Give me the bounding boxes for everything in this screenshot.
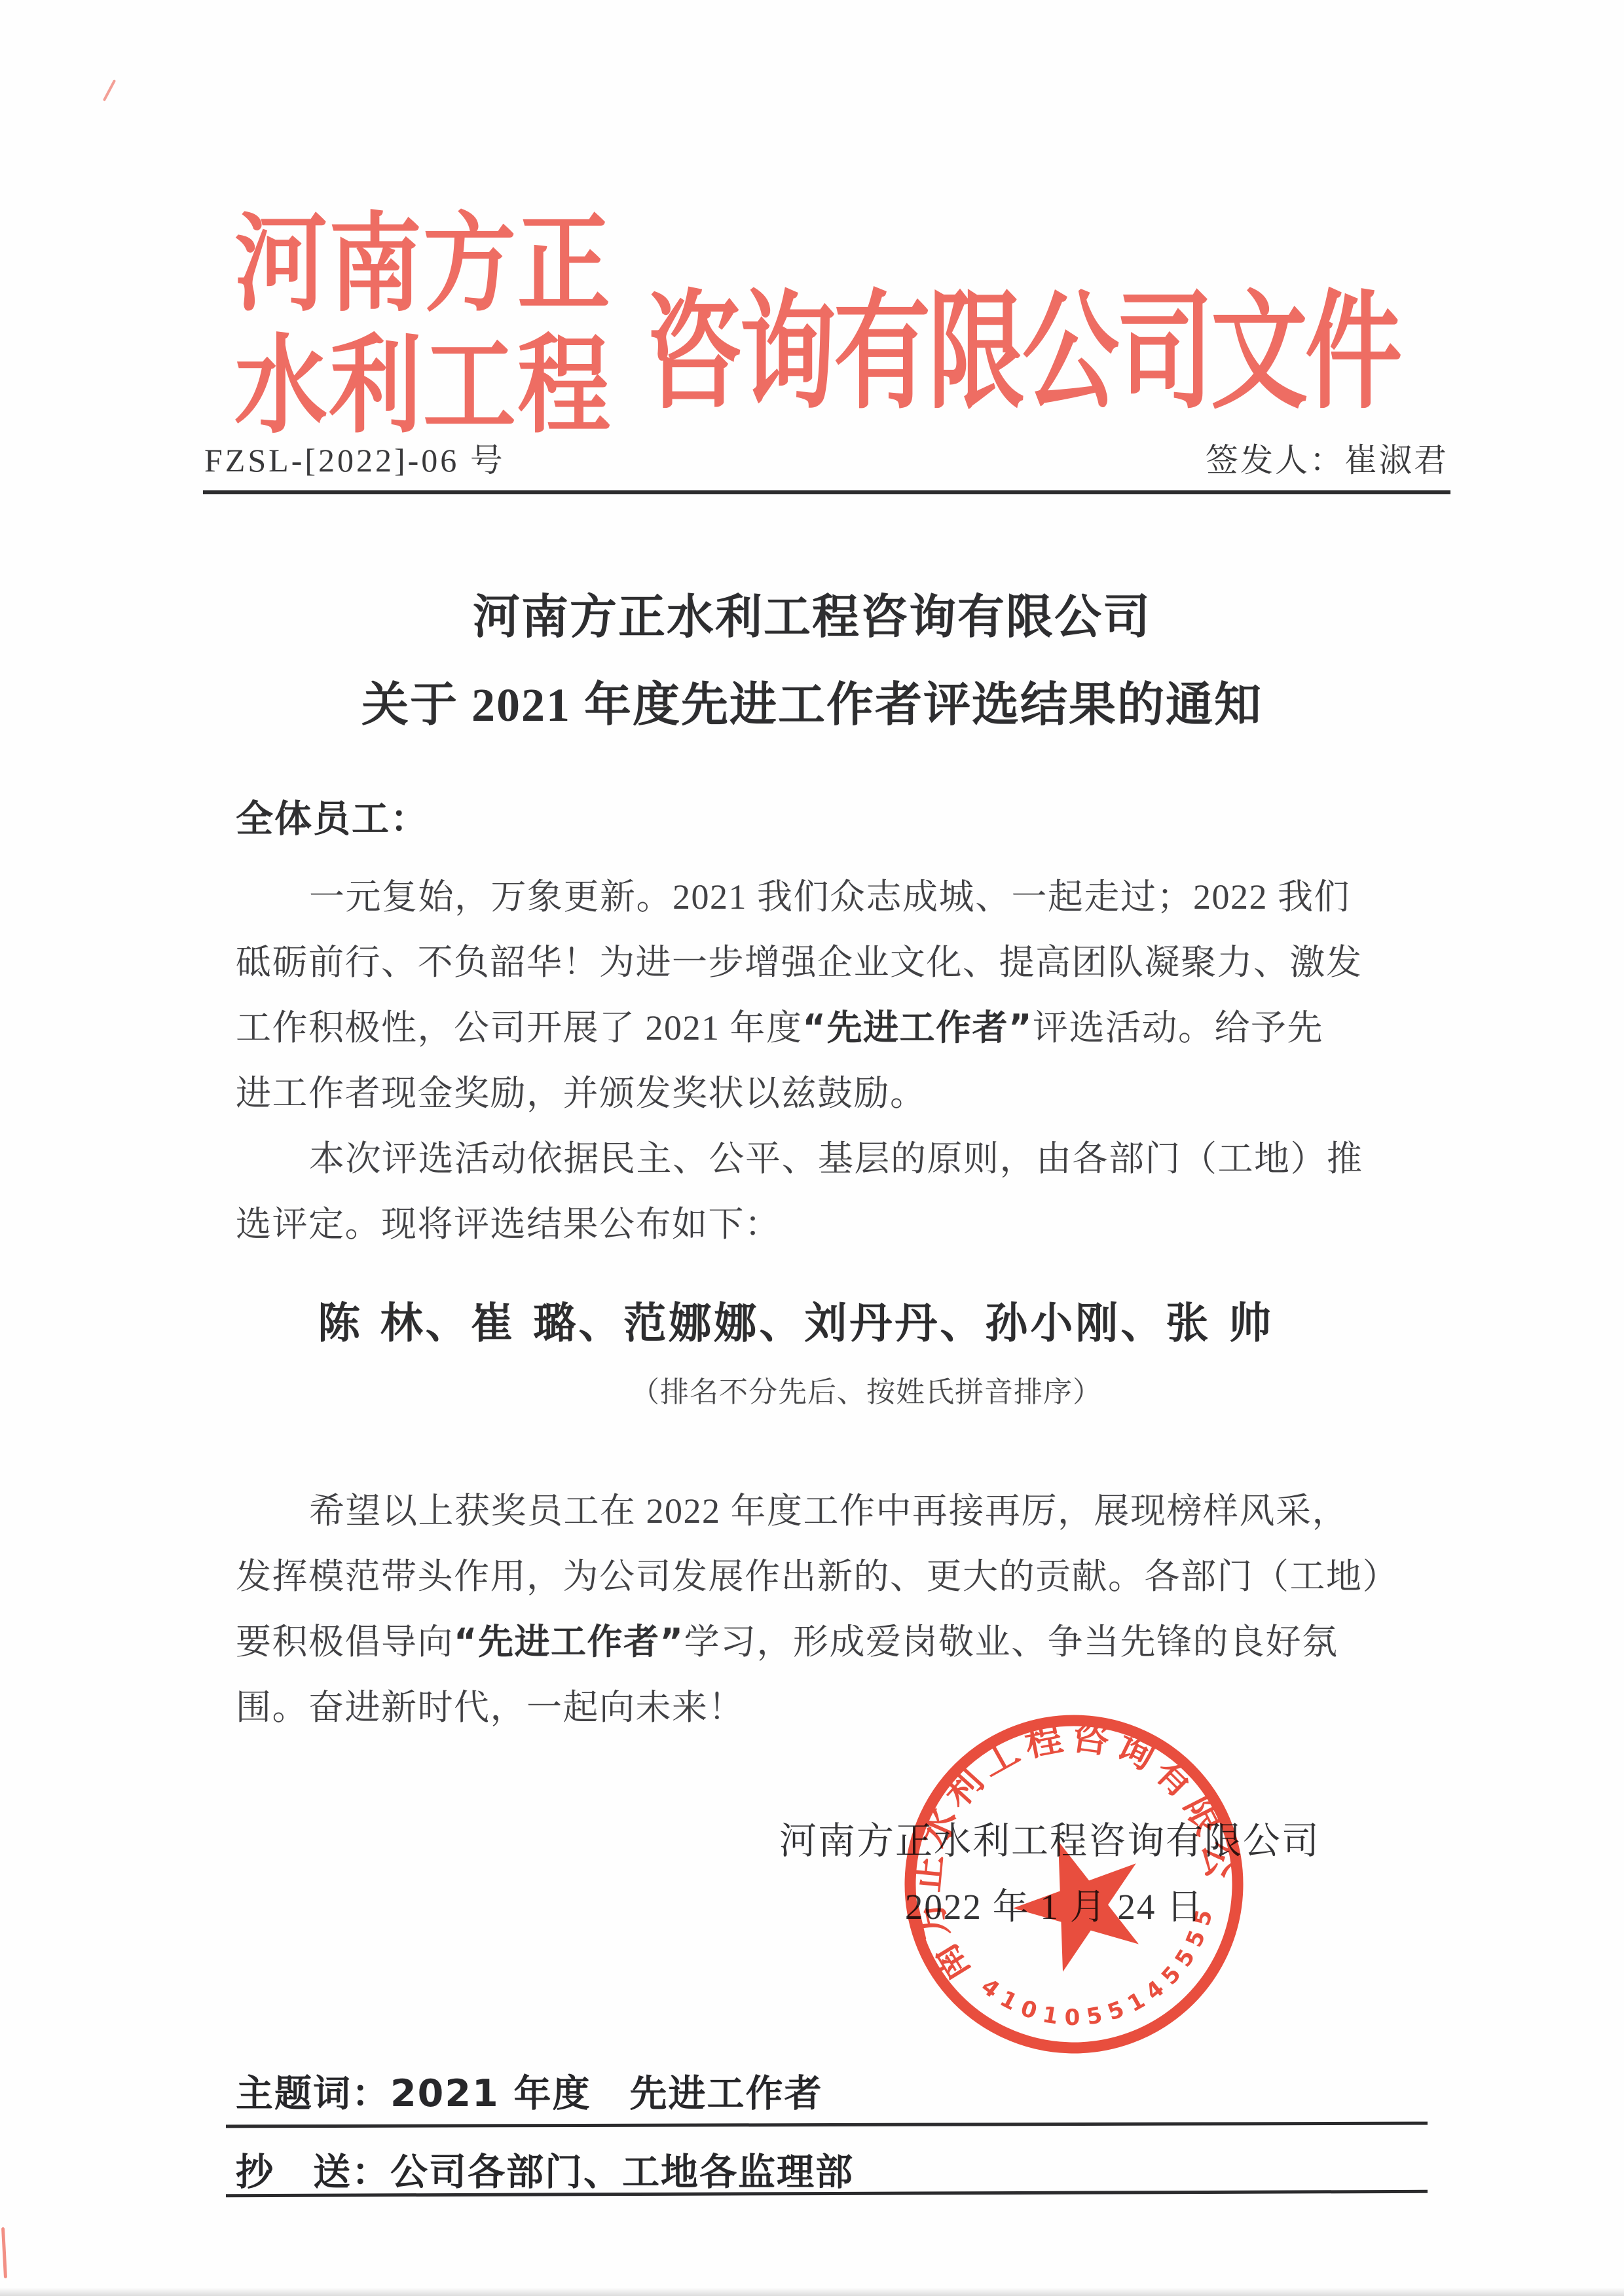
subject-value: 2021 年度 先进工作者 — [390, 2072, 823, 2115]
paragraph3-line3: 要积极倡导向“先进工作者”学习，形成爱岗敬业、争当先锋的良好氛 — [236, 1614, 1434, 1664]
paragraph3-line4: 围。奋进新时代，一起向未来！ — [236, 1679, 1434, 1730]
subject-label: 主题词： — [236, 2072, 390, 2115]
paragraph3-line3-c: 学习，形成爱岗敬业、争当先锋的良好氛 — [684, 1622, 1338, 1662]
cc-value: 公司各部门、工地各监理部 — [390, 2151, 854, 2194]
paragraph1-line1: 一元复始，万象更新。2021 我们众志成城、一起走过；2022 我们 — [236, 869, 1507, 919]
document-title-subject: 关于 2021 年度先进工作者评选结果的通知 — [0, 666, 1624, 735]
scan-artifact-top-left — [103, 79, 116, 101]
document-page: 河南方正 水利工程 咨询有限公司文件 FZSL-[2022]-06 号 签发人：… — [0, 0, 1624, 2296]
letterhead-line2: 水利工程 — [234, 300, 612, 454]
seal-star-icon — [997, 1819, 1162, 1980]
paragraph3-line1: 希望以上获奖员工在 2022 年度工作中再接再厉，展现榜样风采， — [236, 1483, 1507, 1533]
paragraph1-line2: 砥砺前行、不负韶华！为进一步增强企业文化、提高团队凝聚力、激发 — [236, 934, 1434, 985]
award-winner-names: 陈 林、崔 璐、范娜娜、刘丹丹、孙小刚、张 帅 — [318, 1288, 1274, 1350]
paragraph2-line1: 本次评选活动依据民主、公平、基层的原则，由各部门（工地）推 — [236, 1131, 1507, 1181]
cc-label: 抄 送： — [236, 2151, 390, 2194]
paragraph3-line3-a: 要积极倡导向 — [236, 1622, 454, 1662]
issuer-name: 签发人：崔淑君 — [1206, 434, 1449, 481]
paragraph1-line4: 进工作者现金奖励，并颁发奖状以兹鼓励。 — [236, 1065, 1434, 1116]
document-number: FZSL-[2022]-06 号 — [204, 434, 506, 481]
subject-underline — [226, 2122, 1428, 2128]
letterhead-right: 咨询有限公司文件 — [645, 250, 1399, 433]
paragraph1-line3-a: 工作积极性，公司开展了 2021 年度 — [236, 1008, 803, 1048]
paragraph2-line2: 选评定。现将评选结果公布如下： — [236, 1196, 1434, 1247]
cc-row: 抄 送：公司各部门、工地各监理部 — [236, 2142, 854, 2196]
scan-edge-shadow — [0, 2287, 1624, 2296]
scan-artifact-bottom-left — [1, 2227, 7, 2278]
subject-row: 主题词：2021 年度 先进工作者 — [236, 2064, 823, 2117]
document-title-company: 河南方正水利工程咨询有限公司 — [0, 579, 1624, 647]
ranking-note: （排名不分先后、按姓氏拼音排序） — [631, 1368, 1102, 1410]
header-separator-line — [203, 490, 1450, 494]
paragraph1-line3: 工作积极性，公司开展了 2021 年度“先进工作者”评选活动。给予先 — [236, 1000, 1434, 1050]
advanced-worker-bold: “先进工作者” — [803, 1007, 1033, 1048]
salutation: 全体员工： — [236, 789, 429, 843]
paragraph3-line2: 发挥模范带头作用，为公司发展作出新的、更大的贡献。各部门（工地） — [236, 1548, 1434, 1599]
paragraph1-line3-c: 评选活动。给予先 — [1033, 1008, 1323, 1048]
advanced-worker-bold-2: “先进工作者” — [454, 1621, 684, 1662]
